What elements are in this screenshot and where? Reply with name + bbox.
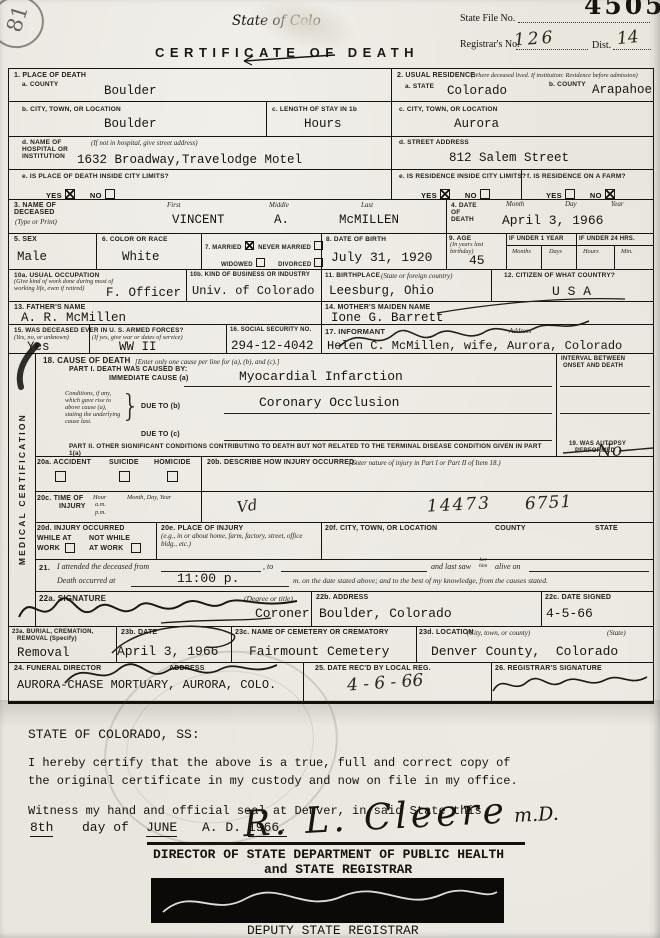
cause-of-death-label: 18. CAUSE OF DEATH [43,356,130,365]
place-of-injury-note: (e.g., in or about home, farm, factory, … [161,533,319,548]
grid-line [506,245,653,246]
hospital-value: 1632 Broadway,Travelodge Motel [77,153,302,167]
date-of-death-value: April 3, 1966 [502,213,603,228]
pen-strike-mark [238,50,338,66]
death-city-limits-yes-checkbox [65,189,75,199]
war-value: WW II [119,340,157,354]
attended-from-label: I attended the deceased from [57,562,149,571]
if-under-24-hrs-label: IF UNDER 24 HRS. [579,236,635,242]
burial-location-value: Denver County, Colorado [431,644,618,659]
him-label: him [479,563,487,569]
last-saw-label: and last saw [431,562,471,571]
state-ss-line: STATE OF COLORADO, SS: [28,727,200,742]
injury-city-label: 20f. CITY, TOWN, OR LOCATION [325,525,437,532]
widowed-label: WIDOWED [221,262,253,268]
pm-header: p.m. [95,509,106,516]
not-while-at-work-checkbox [131,543,141,553]
injury-occurred-label: 20d. INJURY OCCURRED [37,525,125,532]
grid-line [35,522,653,523]
state-file-number: 4505 [584,0,660,20]
state-file-label: State File No. [460,13,515,24]
grid-line [201,456,202,522]
work-label: WORK [37,545,60,552]
date-of-birth-label: 8. DATE OF BIRTH [326,236,386,243]
grid-line [201,233,202,269]
death-occurred-rest: m. on the date stated above; and to the … [293,576,548,585]
due-to-c-label: DUE TO (c) [141,431,180,438]
occupation-note: (Give kind of work done during most of w… [14,279,119,292]
usual-residence-note: (Where deceased lived. If institution: R… [471,72,653,79]
father-name-label: 13. FATHER'S NAME [14,304,85,311]
yes-label: YES [46,191,62,200]
am-header: a.m. [95,501,106,508]
marital-status-row1: 7. MARRIED NEVER MARRIED [205,236,323,254]
death-city-limits-no-checkbox [105,189,115,199]
date-signed-label: 22c. DATE SIGNED [545,594,611,601]
dist-label: Dist. [592,40,611,51]
registrar-no-value: 126 [513,28,556,51]
street-address-label: d. STREET ADDRESS [399,139,469,146]
sex-value: Male [17,250,47,264]
homicide-label: HOMICIDE [154,459,191,466]
residence-state-value: Colorado [447,84,507,98]
race-value: White [122,250,160,264]
not-while-label: NOT WHILE [89,535,130,542]
certifier-address-label: 22b. ADDRESS [316,594,368,601]
residence-city-limits-yes-checkbox [440,189,450,199]
part2-label: PART II. OTHER SIGNIFICANT CONDITIONS CO… [69,443,549,457]
no-label: NO [465,191,477,200]
sex-label: 5. SEX [14,236,37,243]
burial-label-2: REMOVAL (Specify) [17,636,77,642]
grid-line [266,101,267,136]
street-address-value: 812 Salem Street [449,151,569,165]
day-of-label: day of [82,820,129,835]
married-label: 7. MARRIED [205,245,242,251]
business-value: Univ. of Colorado [192,284,314,298]
grid-line [541,591,542,626]
date-signed-value: 4-5-66 [546,606,593,621]
her-him-stack: herhim [479,558,487,569]
grid-line [391,69,392,199]
interval-label-1: INTERVAL BETWEEN [561,356,625,362]
first-name-header: First [167,201,181,209]
while-at-label: WHILE AT [37,535,72,542]
stamp-number: 81 [2,2,33,35]
dist-value: 14 [616,27,640,49]
immediate-cause-label: IMMEDIATE CAUSE (a) [109,375,189,382]
date-of-death-label: 4. DATE OF DEATH [451,202,485,223]
hours-header: Hours [583,248,599,255]
interval-b-line [560,412,650,414]
accident-label: 20a. ACCIDENT [37,459,91,466]
county-label: a. COUNTY [22,81,58,88]
county-value: Boulder [104,84,157,98]
residence-city-value: Aurora [454,117,499,131]
grid-line [321,522,322,559]
grid-line [226,324,227,353]
due-to-b-label: DUE TO (b) [141,403,180,410]
usual-residence-label: 2. USUAL RESIDENCE [397,72,475,79]
handwritten-number-2: 6751 [525,492,573,514]
hour-header: Hour [93,494,106,501]
dist-blank-line [613,49,651,50]
ssn-value: 294-12-4042 [231,339,314,353]
first-name-value: VINCENT [172,213,225,227]
brace-glyph: } [121,389,140,424]
last-name-value: McMILLEN [339,213,399,227]
grid-line [9,169,653,170]
director-signature: R. L. Cleerem.D. [242,788,559,845]
time-of-injury-label-2: INJURY [59,503,86,510]
residence-state-label: a. STATE [405,83,434,90]
month-day-year-header: Month, Day, Year [127,494,171,501]
months-header: Months [512,248,531,255]
grid-line [506,233,507,269]
grid-line [9,233,653,234]
immediate-cause-value: Myocardial Infarction [239,369,403,384]
to-label: , to [263,562,273,571]
due-to-b-value: Coronary Occlusion [259,395,399,410]
certify-line-1: I hereby certify that the above is a tru… [28,756,510,770]
residence-city-limits-options: YESNO [421,185,490,203]
residence-city-label: c. CITY, TOWN, OR LOCATION [399,106,498,113]
date-of-birth-value: July 31, 1920 [331,250,432,265]
ad-label: A. D. [202,820,241,835]
director-signature-suffix: m.D. [514,803,560,827]
burial-location-state-note: (State) [607,629,626,637]
citizen-label: 12. CITIZEN OF WHAT COUNTRY? [504,272,615,279]
ssn-label: 16. SOCIAL SECURITY NO. [230,327,311,333]
interval-a-line [560,385,650,387]
grid-line [614,245,615,269]
yes-label: YES [421,191,437,200]
min-header: Min. [621,248,633,255]
grid-line [303,662,304,701]
burial-location-note: (City, town, or county) [467,629,530,637]
residence-county-value: Arapahoe [592,83,652,97]
residence-city-limits-label: e. IS RESIDENCE INSIDE CITY LIMITS? [399,173,526,180]
cause-a-line [184,385,552,387]
yes-label: YES [546,191,562,200]
registrar-signature [487,667,655,699]
grid-line [541,245,542,269]
residence-county-label: b. COUNTY [549,81,586,88]
to-line [281,570,427,572]
time-of-injury-label-1: 20c. TIME OF [37,495,83,502]
signature-underline [147,842,525,845]
name-of-deceased-label: 3. NAME OF DECEASED [14,202,62,216]
at-work-label: AT WORK [89,545,123,552]
father-name-value: A. R. McMillen [21,311,126,325]
homicide-checkbox [167,471,178,482]
injury-state-header: STATE [595,525,618,532]
birthplace-label: 11. BIRTHPLACE [325,272,380,279]
length-of-stay-value: Hours [304,117,342,131]
pen-mark: Vd [236,496,259,517]
deputy-signature [151,878,504,923]
suicide-checkbox [119,471,130,482]
suicide-label: SUICIDE [109,459,139,466]
type-or-print-note: (Type or Print) [15,218,57,226]
state-file-blank-line [518,22,650,23]
divorced-label: DIVORCED [278,262,311,268]
grid-line [156,522,157,559]
city-label: b. CITY, TOWN, OR LOCATION [22,106,121,113]
widowed-checkbox [256,258,265,267]
funeral-director-signature [59,653,289,693]
place-of-injury-label: 20e. PLACE OF INJURY [161,525,243,532]
director-title-line-2: and STATE REGISTRAR [264,862,412,877]
birthplace-note: (State or foreign country) [381,272,452,280]
divorced-checkbox [314,258,323,267]
ink-smudge-mark [9,337,45,393]
interval-label-2: ONSET AND DEATH [563,363,623,369]
handwritten-number-1: 14473 [427,493,492,516]
describe-injury-note: (Enter nature of injury in Part I or Par… [349,459,501,467]
describe-injury-label: 20b. DESCRIBE HOW INJURY OCCURRED. [207,459,357,466]
length-of-stay-label: c. LENGTH OF STAY IN 1b [272,106,357,113]
director-signature-name: R. L. Cleere [242,790,509,845]
never-married-label: NEVER MARRIED [258,245,311,251]
attended-item-number: 21. [39,563,50,572]
middle-name-header: Middle [269,201,289,209]
city-value: Boulder [104,117,157,131]
occupation-value: F. Officer [106,286,181,300]
month-value: JUNE [146,820,177,837]
conditions-note: Conditions, if any, which gave rise to a… [65,390,123,425]
hospital-label: d. NAME OF HOSPITAL OR INSTITUTION [22,139,80,160]
injury-county-header: COUNTY [495,525,526,532]
burial-location-label: 23d. LOCATION [419,629,474,636]
cause-c-line [224,439,552,441]
armed-forces-label: 15. WAS DECEASED EVER IN U. S. ARMED FOR… [14,327,184,334]
informant-signature [325,295,635,355]
grid-line [416,626,417,662]
if-under-1-year-label: IF UNDER 1 YEAR [509,236,564,242]
grid-line [446,199,447,269]
grid-line [9,101,653,102]
residence-city-limits-no-checkbox [480,189,490,199]
grid-line [576,233,577,269]
farm-label: f. IS RESIDENCE ON A FARM? [527,173,626,180]
redaction-bar [151,878,504,923]
grid-line [186,269,187,301]
autopsy-strike-marks [561,443,656,461]
while-at-work-checkbox [65,543,75,553]
alive-on-label: alive on [495,562,521,571]
alive-on-line [529,570,649,572]
death-city-limits-options: YESNO [46,185,115,203]
director-title-line-1: DIRECTOR OF STATE DEPARTMENT OF PUBLIC H… [153,847,504,862]
registrar-no-label: Registrar's No. [460,39,520,50]
date-received-value: 4 - 6 - 66 [346,670,424,695]
registrar-no-blank-line [516,49,588,50]
day-value: 8th [30,820,53,837]
never-married-checkbox [314,241,323,250]
farm-no-checkbox [605,189,615,199]
marital-status-row2: WIDOWED DIVORCED [221,253,323,271]
cause-b-line [224,412,552,414]
grid-line [35,559,653,560]
death-certificate-scan: 81 State of Colo CERTIFICATE OF DEATH 45… [0,0,660,938]
part1-label: PART I. DEATH WAS CAUSED BY: [69,366,187,373]
no-label: NO [90,191,102,200]
no-label: NO [590,191,602,200]
certify-line-2: the original certificate in my custody a… [28,774,518,788]
hospital-note: (If not in hospital, give street address… [91,139,198,147]
accident-checkbox [55,471,66,482]
grid-line [556,353,557,456]
place-of-death-label: 1. PLACE OF DEATH [14,72,86,79]
cause-of-death-note: [Enter only one cause per line for (a), … [135,358,279,366]
farm-yes-checkbox [565,189,575,199]
grid-line [9,136,653,137]
grid-line [9,269,653,270]
race-label: 6. COLOR OR RACE [102,236,168,243]
business-label: 10b. KIND OF BUSINESS OR INDUSTRY [190,272,310,278]
married-checkbox [245,241,254,250]
days-header: Days [549,248,562,255]
month-header: Month [506,200,524,208]
age-value: 45 [469,253,485,268]
middle-name-value: A. [274,213,289,227]
round-number-stamp: 81 [0,0,51,55]
last-name-header: Last [361,201,373,209]
certifier-address-value: Boulder, Colorado [319,606,452,621]
farm-options: YESNO [546,185,615,203]
grid-line [96,233,97,269]
certificate-form-grid: MEDICAL CERTIFICATION 1. PLACE OF DEATH … [8,68,654,704]
year-header: Year [611,200,624,208]
deputy-title-line: DEPUTY STATE REGISTRAR [247,923,419,938]
death-city-limits-label: e. IS PLACE OF DEATH INSIDE CITY LIMITS? [22,173,169,180]
day-header: Day [565,200,577,208]
sideband-label: MEDICAL CERTIFICATION [17,413,27,565]
